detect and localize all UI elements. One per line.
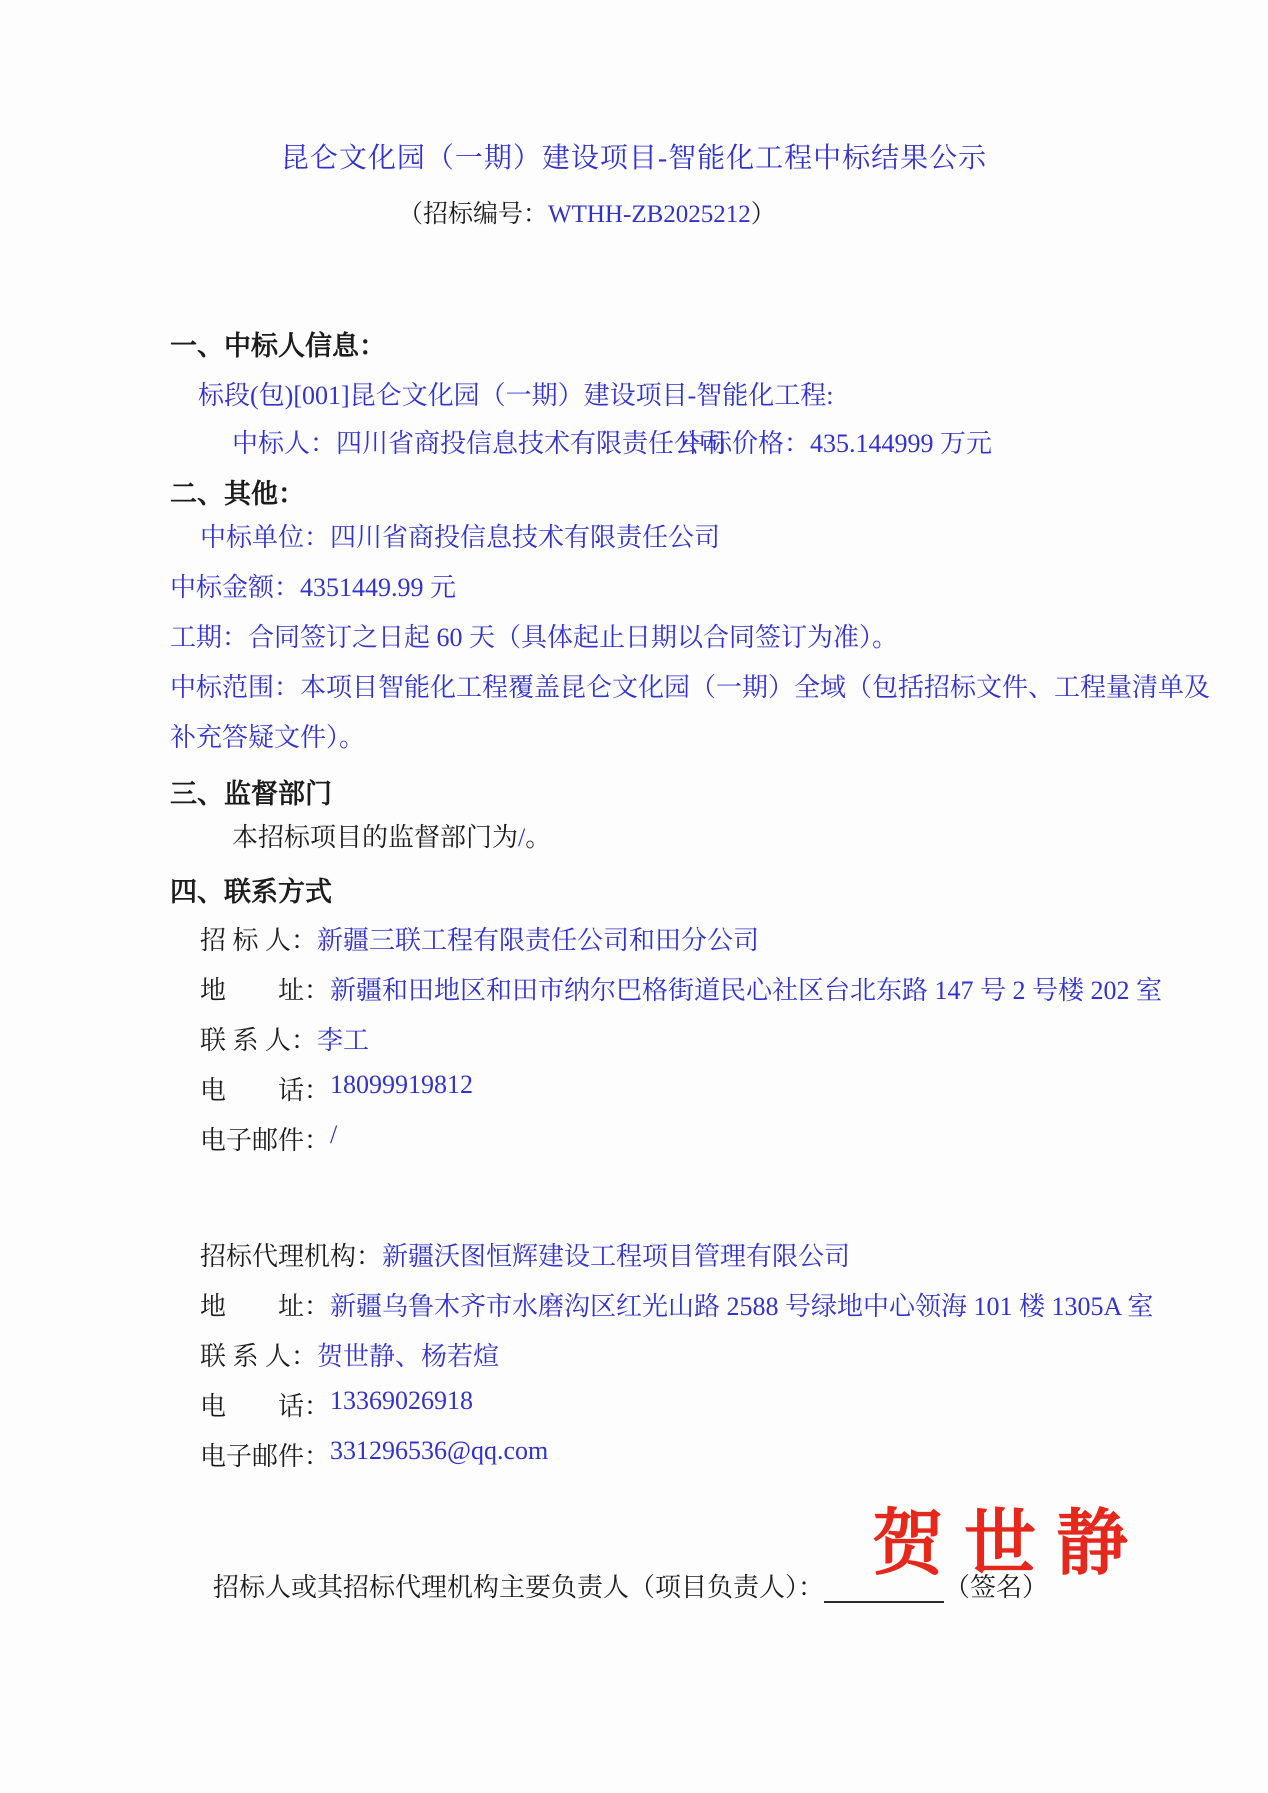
row-label: 联 系 人：: [200, 1336, 317, 1373]
duration-line: 工期：合同签订之日起 60 天（具体起止日期以合同签订为准）。: [170, 622, 898, 653]
agency-row-email: 电子邮件： 331296536@qq.com: [200, 1436, 548, 1473]
doc-title: 昆仑文化园（一期）建设项目-智能化工程中标结果公示: [0, 136, 1268, 176]
row-label: 电子邮件：: [200, 1436, 330, 1473]
row-value: 13369026918: [330, 1386, 473, 1423]
tender-number-line: （招标编号：WTHH-ZB2025212）: [398, 194, 776, 230]
section-heading-contact: 四、联系方式: [170, 870, 332, 909]
agency-row-contact-person: 联 系 人： 贺世静、杨若煊: [200, 1336, 499, 1373]
row-label: 电子邮件：: [200, 1120, 330, 1157]
row-value: 贺世静、杨若煊: [317, 1336, 499, 1373]
scope-line-2: 补充答疑文件）。: [170, 722, 365, 753]
row-label: 地 址：: [200, 970, 330, 1007]
row-value: 李工: [317, 1020, 369, 1057]
tenderer-row-contact-person: 联 系 人： 李工: [200, 1020, 369, 1057]
row-value: 新疆乌鲁木齐市水磨沟区红光山路 2588 号绿地中心领海 101 楼 1305A…: [330, 1286, 1153, 1323]
supervision-prefix: 本招标项目的监督部门为: [232, 823, 518, 852]
tenderer-row-address: 地 址： 新疆和田地区和田市纳尔巴格街道民心社区台北东路 147 号 2 号楼 …: [200, 970, 1162, 1007]
winner-line: 中标人：四川省商投信息技术有限责任公司: [232, 428, 726, 459]
row-label: 招标代理机构：: [200, 1236, 382, 1273]
supervision-line: 本招标项目的监督部门为/。: [232, 822, 551, 853]
section-heading-winner-info: 一、中标人信息：: [170, 324, 386, 363]
scope-line-1: 中标范围：本项目智能化工程覆盖昆仑文化园（一期）全域（包括招标文件、工程量清单及: [170, 672, 1210, 703]
row-value: 新疆三联工程有限责任公司和田分公司: [317, 920, 759, 957]
agency-row-phone: 电 话： 13369026918: [200, 1386, 473, 1423]
tenderer-row-phone: 电 话： 18099919812: [200, 1070, 473, 1107]
row-label: 电 话：: [200, 1070, 330, 1107]
document-page: 昆仑文化园（一期）建设项目-智能化工程中标结果公示 （招标编号：WTHH-ZB2…: [0, 0, 1268, 1793]
lot-line: 标段(包)[001]昆仑文化园（一期）建设项目-智能化工程:: [198, 380, 834, 411]
winning-amount-line: 中标金额：4351449.99 元: [170, 572, 456, 603]
row-value: 新疆和田地区和田市纳尔巴格街道民心社区台北东路 147 号 2 号楼 202 室: [330, 970, 1162, 1007]
agency-row-name: 招标代理机构： 新疆沃图恒辉建设工程项目管理有限公司: [200, 1236, 850, 1273]
price-line: 中标价格：435.144999 万元: [680, 428, 992, 459]
row-value: 331296536@qq.com: [330, 1436, 548, 1473]
tender-number-code: WTHH-ZB2025212: [548, 201, 751, 228]
tenderer-row-name: 招 标 人： 新疆三联工程有限责任公司和田分公司: [200, 920, 759, 957]
agency-row-address: 地 址： 新疆乌鲁木齐市水磨沟区红光山路 2588 号绿地中心领海 101 楼 …: [200, 1286, 1153, 1323]
winning-unit-line: 中标单位：四川省商投信息技术有限责任公司: [200, 522, 720, 553]
tender-number-prefix: （招标编号：: [398, 201, 548, 228]
row-value: 新疆沃图恒辉建设工程项目管理有限公司: [382, 1236, 850, 1273]
tenderer-row-email: 电子邮件： /: [200, 1120, 337, 1157]
supervision-suffix: 。: [525, 823, 551, 852]
row-label: 电 话：: [200, 1386, 330, 1423]
row-value: 18099919812: [330, 1070, 473, 1107]
row-label: 联 系 人：: [200, 1020, 317, 1057]
row-label: 招 标 人：: [200, 920, 317, 957]
row-value: /: [330, 1120, 337, 1157]
signature-statement: 招标人或其招标代理机构主要负责人（项目负责人）：: [213, 1573, 824, 1602]
row-label: 地 址：: [200, 1286, 330, 1323]
signature-stamp: 贺世静: [872, 1508, 1148, 1580]
tender-number-suffix: ）: [751, 201, 776, 228]
section-heading-other: 二、其他：: [170, 472, 305, 511]
section-heading-supervision: 三、监督部门: [170, 772, 332, 811]
